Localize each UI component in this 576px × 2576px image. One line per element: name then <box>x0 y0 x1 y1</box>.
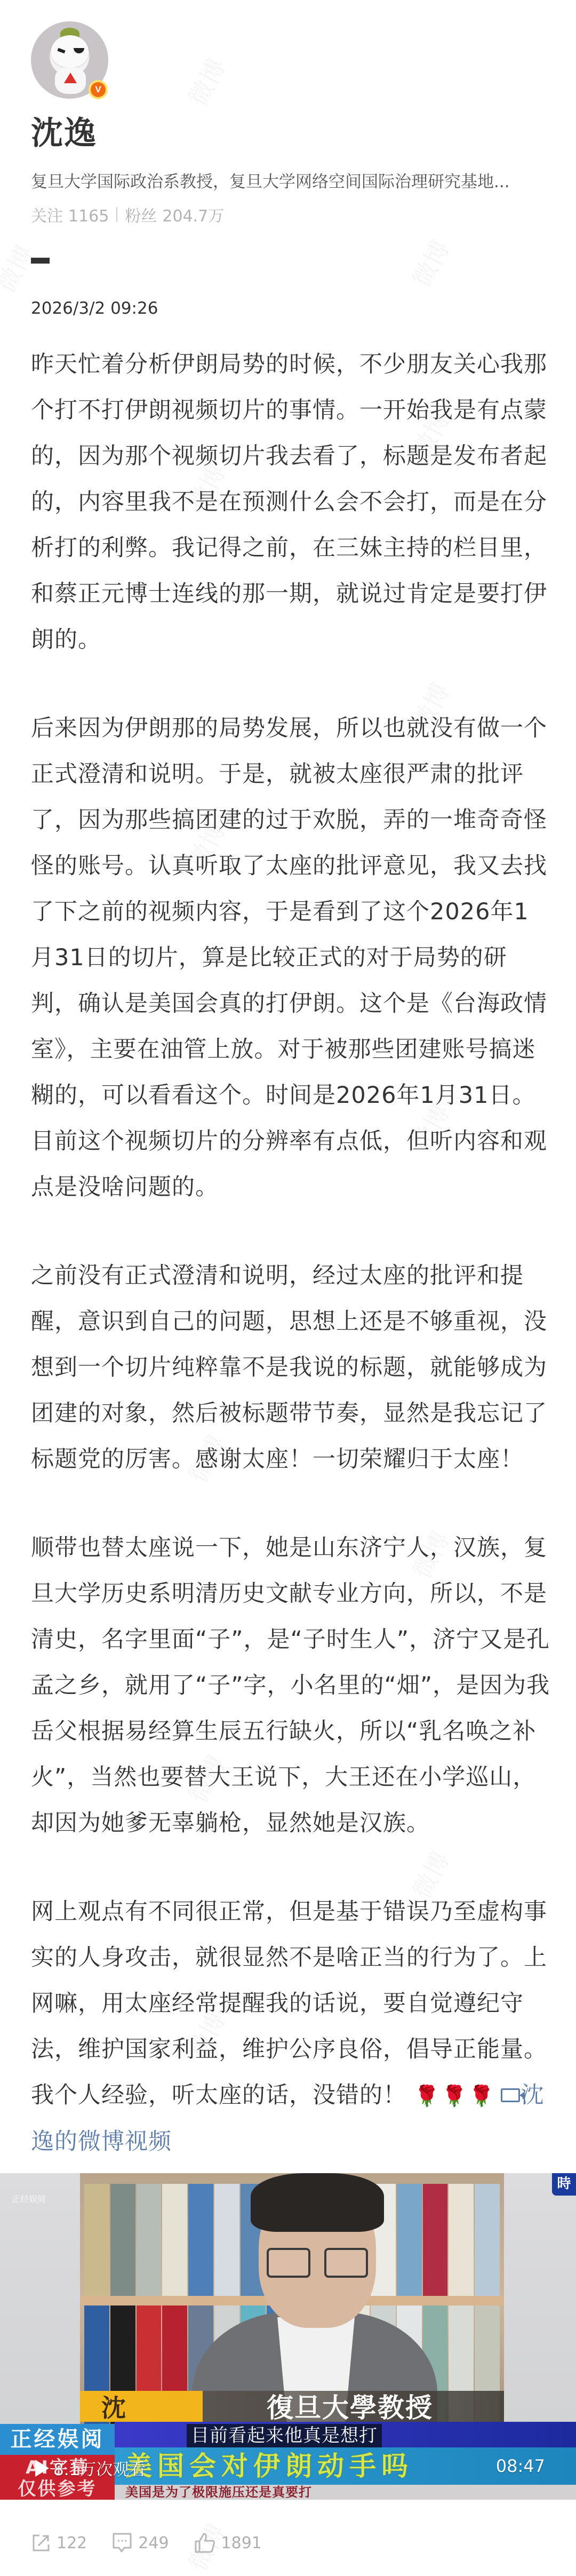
profile-bio: 复旦大学国际政治系教授，复旦大学网络空间国际治理研究基地... <box>31 168 570 192</box>
rose-emoji-icon: 🌹🌹🌹 <box>414 2084 497 2108</box>
video-camera-icon <box>501 2088 520 2102</box>
guest-name-plate: 沈 逸 復旦大學教授 <box>80 2391 504 2422</box>
video-ticker: 美国是为了极限施压还是真要打 <box>125 2485 312 2500</box>
repost-count: 122 <box>57 2534 87 2553</box>
video-brand-watermark: 正经娱阅 <box>12 2192 46 2205</box>
person-glasses <box>267 2248 368 2280</box>
watermark: 微博 <box>179 52 233 112</box>
video-views: 8.1万次观看 <box>35 2456 146 2480</box>
following-link[interactable]: 关注1165 <box>31 203 109 226</box>
comment-count: 249 <box>138 2534 169 2553</box>
following-label: 关注 <box>31 207 63 226</box>
post-paragraph: 昨天忙着分析伊朗局势的时候，不少朋友关心我那个打不打伊朗视频切片的事情。一开始我… <box>31 341 551 663</box>
video-headline: 美国会对伊朗动手吗 <box>125 2451 413 2482</box>
video-corner-badge: 時 <box>552 2173 576 2196</box>
video-subtitle: 目前看起来他真是想打 <box>187 2424 382 2447</box>
followers-label: 粉丝 <box>125 207 157 226</box>
stats-divider <box>116 207 117 222</box>
verified-badge-icon: V <box>89 80 108 99</box>
share-icon <box>31 2533 51 2553</box>
repost-button[interactable]: 122 <box>31 2533 87 2553</box>
watermark: 微博 <box>403 233 457 293</box>
followers-count: 204.7万 <box>162 207 224 226</box>
view-count: 8.1万次观看 <box>53 2456 146 2480</box>
ticker-band: 美国是为了极限施压还是真要打 <box>115 2485 576 2500</box>
profile-name[interactable]: 沈逸 <box>31 108 97 154</box>
watermark: 微博 <box>0 238 41 298</box>
guest-title: 復旦大學教授 <box>267 2387 433 2425</box>
play-icon[interactable] <box>35 2460 49 2477</box>
person-hair <box>251 2173 384 2232</box>
post-timestamp: 2026/3/2 09:26 <box>31 299 158 318</box>
post-paragraph: 顺带也替太座说一下，她是山东济宁人，汉族，复旦大学历史系明清历史文献专业方向，所… <box>31 1525 551 1846</box>
subtitle-band: 目前看起来他真是想打 <box>115 2422 576 2447</box>
thumbs-up-icon <box>194 2532 216 2554</box>
followers-link[interactable]: 粉丝204.7万 <box>125 203 224 226</box>
comment-icon <box>111 2532 133 2554</box>
like-count: 1891 <box>221 2534 262 2553</box>
post-body: 昨天忙着分析伊朗局势的时候，不少朋友关心我那个打不打伊朗视频切片的事情。一开始我… <box>31 341 551 2165</box>
post-paragraph: 后来因为伊朗那的局势发展，所以也就没有做一个正式澄清和说明。于是，就被太座很严肃… <box>31 705 551 1210</box>
post-paragraph: 之前没有正式澄清和说明，经过太座的批评和提醒，意识到自己的问题，思想上还是不够重… <box>31 1253 551 1482</box>
post-paragraph-text: 网上观点有不同很正常，但是基于错误乃至虚构事实的人身攻击，就很显然不是啥正当的行… <box>31 1898 547 2109</box>
show-logo: 正经娱阅 <box>0 2424 115 2455</box>
video-player[interactable]: 正经娱阅 時 沈 逸 復旦大學教授 正经娱阅 AI字幕 仅供参考 目前看起来他真… <box>0 2173 576 2500</box>
action-bar: 122 249 1891 <box>31 2532 286 2554</box>
video-duration: 08:47 <box>496 2456 545 2476</box>
post-paragraph-last: 网上观点有不同很正常，但是基于错误乃至虚构事实的人身攻击，就很显然不是啥正当的行… <box>31 1889 551 2165</box>
ai-subtitle-disclaimer: 仅供参考 <box>0 2478 115 2500</box>
profile-stats: 关注1165 粉丝204.7万 <box>31 203 224 226</box>
comment-button[interactable]: 249 <box>111 2532 169 2554</box>
following-count: 1165 <box>68 207 109 226</box>
like-button[interactable]: 1891 <box>194 2532 262 2554</box>
section-divider <box>31 258 50 264</box>
guest-name: 沈 逸 <box>80 2391 203 2422</box>
avatar-star <box>64 73 77 83</box>
